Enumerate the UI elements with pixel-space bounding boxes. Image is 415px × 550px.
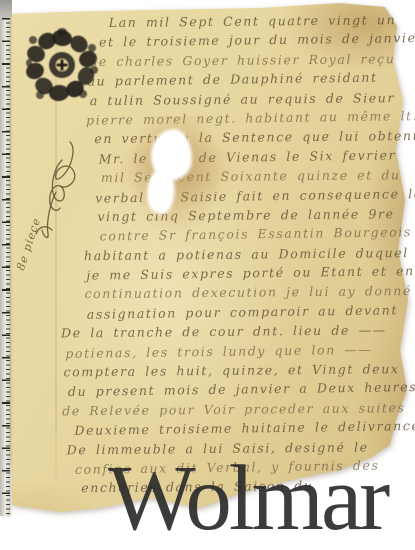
measuring-ruler [0,16,10,516]
manuscript-line: de Relevée pour Voir proceder aux suites [2,398,415,421]
manuscript-line: je charles Goyer huissier Royal reçu [0,49,412,72]
manuscript-line: a tulin Soussigné au requis de Sieur [0,88,413,111]
manuscript-line: De limmeuble a lui Saisi, designé le [3,437,415,460]
manuscript-text: Lan mil Sept Cent quatre vingt unet le t… [0,9,415,500]
manuscript-line: comptera les huit, quinze, et Vingt deux [2,359,415,382]
ruler-major-ticks [2,18,10,514]
ruler-top-cap [0,0,12,18]
manuscript-line: Lan mil Sept Cent quatre vingt un [0,10,412,33]
manuscript-line: habitant a potienas au Domicile duquel [0,243,415,266]
scanned-document-photo: Lan mil Sept Cent quatre vingt unet le t… [0,0,415,550]
